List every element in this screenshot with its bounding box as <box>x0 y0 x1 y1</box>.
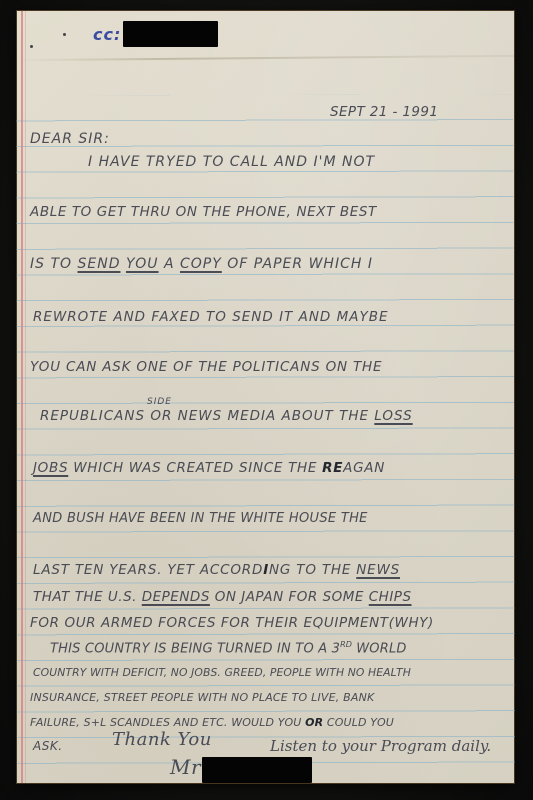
body-line-15: FAILURE, S+L SCANDLES AND ETC. WOULD YOU… <box>30 716 394 730</box>
body-line-13: COUNTRY WITH DEFICIT, NO JOBS. GREED, PE… <box>33 666 411 679</box>
body-line-4: REWROTE AND FAXED TO SEND IT AND MAYBE <box>33 309 389 326</box>
ink-dot <box>30 45 33 48</box>
body-line-14: INSURANCE, STREET PEOPLE WITH NO PLACE T… <box>30 691 374 705</box>
body-line-6: REPUBLICANS OR NEWS MEDIA ABOUT THE LOSS <box>40 408 413 425</box>
paper-crease <box>17 55 514 61</box>
redaction-box-cc <box>123 21 218 47</box>
closing-thank-you: Thank You <box>112 729 212 752</box>
date-line: SEPT 21 - 1991 <box>330 104 438 121</box>
body-line-16-ask: ASK. <box>33 739 63 754</box>
scanned-letter-background: cc:SEPT 21 - 1991DEAR SIR:I HAVE TRYED T… <box>0 0 533 800</box>
body-line-9: LAST TEN YEARS. YET ACCORDING TO THE NEW… <box>33 562 400 579</box>
signature-line: Mr <box>170 755 201 780</box>
body-line-5: YOU CAN ASK ONE OF THE POLITICANS ON THE <box>30 359 382 376</box>
redaction-box-signature <box>202 757 312 783</box>
body-line-7: JOBS WHICH WAS CREATED SINCE THE REAGAN <box>33 460 385 477</box>
salutation: DEAR SIR: <box>30 131 110 149</box>
body-line-8: AND BUSH HAVE BEEN IN THE WHITE HOUSE TH… <box>33 511 368 527</box>
body-line-3: IS TO SEND YOU A COPY OF PAPER WHICH I <box>30 256 373 274</box>
body-line-1: I HAVE TRYED TO CALL AND I'M NOT <box>88 154 375 172</box>
body-line-10: THAT THE U.S. DEPENDS ON JAPAN FOR SOME … <box>33 589 412 606</box>
body-line-11: FOR OUR ARMED FORCES FOR THEIR EQUIPMENT… <box>30 615 434 632</box>
ruled-lines <box>16 94 515 765</box>
insertion-side: SIDE <box>147 397 172 408</box>
body-line-2: ABLE TO GET THRU ON THE PHONE, NEXT BEST <box>30 204 377 221</box>
body-line-12: THIS COUNTRY IS BEING TURNED IN TO A 3RD… <box>50 640 407 658</box>
letter-page: cc:SEPT 21 - 1991DEAR SIR:I HAVE TRYED T… <box>17 11 514 783</box>
margin-line-faint <box>25 11 26 783</box>
closing-listen: Listen to your Program daily. <box>270 737 491 756</box>
cc-label: cc: <box>93 25 121 45</box>
ink-dot <box>63 33 66 36</box>
margin-line <box>21 11 23 783</box>
